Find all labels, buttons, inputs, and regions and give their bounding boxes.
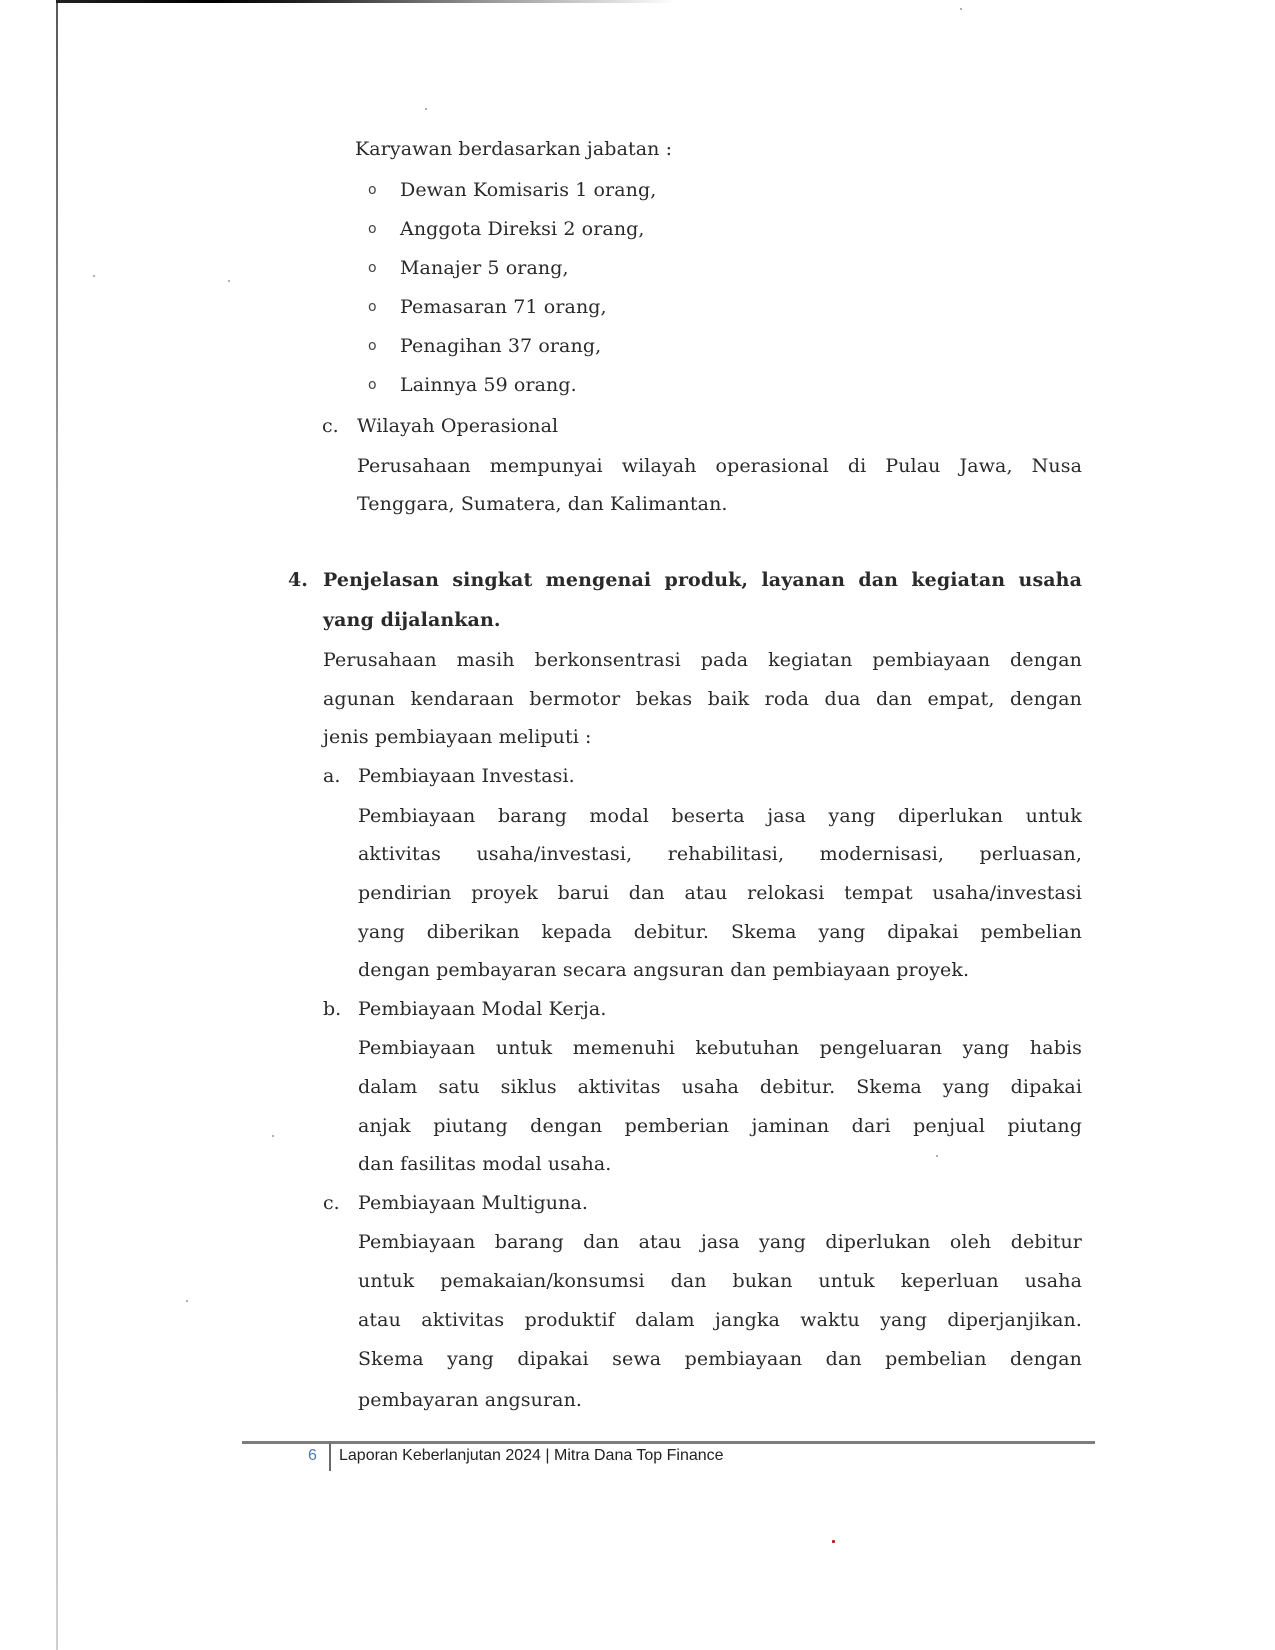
item-title: Pembiayaan Investasi. (358, 764, 575, 788)
list-marker: b. (323, 997, 341, 1021)
list-marker: c. (322, 414, 339, 438)
scan-speck (936, 1155, 938, 1157)
employees-intro: Karyawan berdasarkan jabatan : (355, 137, 672, 161)
paragraph-line: agunan kendaraan bermotor bekas baik rod… (323, 687, 1082, 711)
bullet-icon: o (368, 295, 377, 319)
paragraph-line: Pembiayaan untuk memenuhi kebutuhan peng… (358, 1036, 1082, 1060)
paragraph-line: aktivitas usaha/investasi, rehabilitasi,… (358, 842, 1082, 866)
paragraph-line: dalam satu siklus aktivitas usaha debitu… (358, 1075, 1082, 1099)
footer-divider (242, 1441, 1095, 1444)
scan-speck (93, 275, 95, 277)
section-heading-line: yang dijalankan. (323, 608, 501, 632)
scan-speck (272, 1135, 274, 1137)
section-heading-line: Penjelasan singkat mengenai produk, laya… (323, 568, 1082, 592)
paragraph-line: jenis pembiayaan meliputi : (323, 725, 592, 749)
paragraph-line: Perusahaan masih berkonsentrasi pada keg… (323, 648, 1082, 672)
paragraph-line: pendirian proyek barui dan atau relokasi… (358, 881, 1082, 905)
list-marker: c. (323, 1191, 340, 1215)
scan-edge-left (56, 0, 58, 1650)
scan-speck (425, 108, 427, 110)
footer-separator (329, 1443, 331, 1471)
paragraph-line: Pembiayaan barang dan atau jasa yang dip… (358, 1230, 1082, 1254)
section-number: 4. (288, 568, 308, 592)
operational-area-title: Wilayah Operasional (357, 414, 558, 438)
scan-edge-top (56, 0, 676, 3)
paragraph-line: Skema yang dipakai sewa pembiayaan dan p… (358, 1347, 1082, 1371)
paragraph-line: dengan pembayaran secara angsuran dan pe… (358, 958, 969, 982)
scan-speck (186, 1300, 188, 1302)
bullet-icon: o (368, 217, 377, 241)
paragraph-line: Tenggara, Sumatera, dan Kalimantan. (357, 492, 728, 516)
page-number: 6 (308, 1447, 317, 1465)
scan-speck (832, 1540, 835, 1543)
paragraph-line: Perusahaan mempunyai wilayah operasional… (357, 454, 1082, 478)
paragraph-line: dan fasilitas modal usaha. (358, 1152, 611, 1176)
scan-speck (960, 8, 962, 10)
list-item: Penagihan 37 orang, (400, 334, 601, 358)
list-marker: a. (323, 764, 340, 788)
list-item: Dewan Komisaris 1 orang, (400, 178, 656, 202)
bullet-icon: o (368, 178, 377, 202)
footer-title: Laporan Keberlanjutan 2024 | Mitra Dana … (339, 1447, 724, 1465)
paragraph-line: anjak piutang dengan pemberian jaminan d… (358, 1114, 1082, 1138)
scan-speck (228, 280, 230, 282)
paragraph-line: yang diberikan kepada debitur. Skema yan… (358, 920, 1082, 944)
paragraph-line: pembayaran angsuran. (358, 1388, 582, 1412)
item-title: Pembiayaan Modal Kerja. (358, 997, 607, 1021)
paragraph-line: atau aktivitas produktif dalam jangka wa… (358, 1308, 1082, 1332)
paragraph-line: untuk pemakaian/konsumsi dan bukan untuk… (358, 1269, 1082, 1293)
paragraph-line: Pembiayaan barang modal beserta jasa yan… (358, 804, 1082, 828)
list-item: Anggota Direksi 2 orang, (400, 217, 645, 241)
list-item: Lainnya 59 orang. (400, 373, 577, 397)
bullet-icon: o (368, 334, 377, 358)
bullet-icon: o (368, 256, 377, 280)
list-item: Pemasaran 71 orang, (400, 295, 607, 319)
item-title: Pembiayaan Multiguna. (358, 1191, 588, 1215)
bullet-icon: o (368, 373, 377, 397)
list-item: Manajer 5 orang, (400, 256, 569, 280)
